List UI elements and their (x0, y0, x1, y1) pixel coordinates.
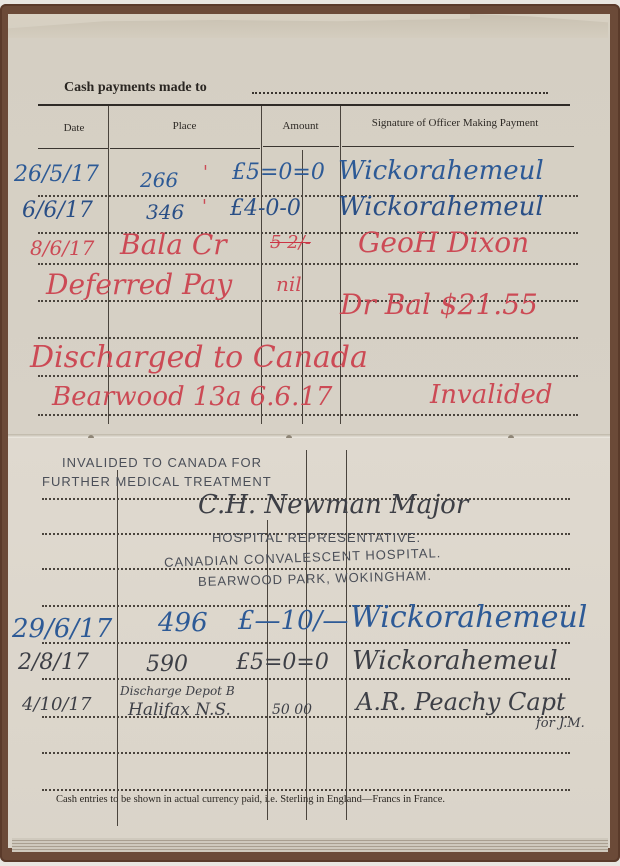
header-rule (38, 104, 570, 106)
col-divider-date (117, 470, 118, 826)
entry-place: Deferred Pay (46, 268, 232, 301)
col-header-amount: Amount (261, 120, 340, 132)
header-bottom-rule (38, 148, 108, 149)
dotted-row-line (42, 789, 570, 791)
header-bottom-rule (110, 148, 260, 149)
dotted-row-line (38, 414, 578, 416)
entry-place: 496 (158, 608, 208, 638)
dotted-row-line (42, 678, 570, 680)
entry-amount: £4-0-0 (230, 196, 301, 221)
invalided-note: Invalided (430, 380, 553, 410)
header-dotted-line (252, 92, 548, 94)
header-bottom-rule (342, 146, 574, 147)
entry-signature: A.R. Peachy Capt (356, 688, 566, 716)
header-bottom-rule (263, 146, 339, 147)
hospital-stamp-line1: HOSPITAL REPRESENTATIVE. (212, 530, 421, 545)
header-title: Cash payments made to (64, 80, 207, 96)
entry-date: 4/10/17 (22, 694, 91, 715)
entry-signature-sub: for J.M. (536, 716, 585, 731)
entry-signature: Wickorahemeul (350, 600, 587, 635)
entry-amount: £—10/— (238, 606, 348, 636)
dotted-row-line (38, 263, 578, 265)
dotted-row-line (42, 642, 570, 644)
entry-place-line1: Discharge Depot B (120, 684, 235, 698)
entry-amount: nil (276, 272, 302, 296)
entry-place-line2: Halifax N.S. (128, 700, 231, 720)
invalided-stamp-line1: INVALIDED TO CANADA FOR (62, 455, 262, 470)
entry-date: 6/6/17 (22, 198, 93, 223)
entry-tick: ' (203, 162, 208, 183)
entry-amount-struck: 5 2/- (270, 232, 311, 253)
entry-signature: Wickorahemeul (352, 646, 558, 676)
entry-place: Bala Cr (120, 228, 227, 261)
entry-place: 346 (146, 200, 184, 224)
entry-amount: 50 00 (272, 702, 312, 718)
entry-signature: Wickorahemeul (338, 192, 544, 222)
invalided-stamp-line2: FURTHER MEDICAL TREATMENT (42, 474, 272, 489)
entry-amount: £5=0=0 (232, 160, 325, 185)
entry-date: 2/8/17 (18, 650, 89, 675)
col-header-signature: Signature of Officer Making Payment (340, 117, 570, 129)
major-signature: C.H. Newman Major (198, 490, 468, 520)
entry-place: 590 (146, 652, 188, 677)
entry-date: 8/6/17 (30, 236, 94, 260)
bearwood-note: Bearwood 13a 6.6.17 (52, 382, 332, 412)
dotted-row-line (38, 337, 578, 339)
entry-amount: £5=0=0 (236, 650, 329, 675)
dotted-row-line (42, 752, 570, 754)
dotted-row-line (42, 568, 570, 570)
entry-place: 266 (140, 168, 178, 192)
dotted-row-line (38, 375, 578, 377)
entry-tick: ' (202, 196, 207, 217)
entry-signature: GeoH Dixon (358, 226, 529, 259)
page-stack-edge (12, 838, 608, 852)
debit-balance-note: Dr Bal $21.55 (340, 288, 538, 321)
entry-date: 29/6/17 (12, 614, 112, 644)
footer-instruction: Cash entries to be shown in actual curre… (56, 794, 445, 805)
entry-signature: Wickorahemeul (338, 156, 544, 186)
col-header-date: Date (40, 122, 108, 134)
entry-date: 26/5/17 (14, 162, 99, 187)
col-header-place: Place (108, 120, 261, 132)
discharged-note: Discharged to Canada (30, 340, 368, 375)
